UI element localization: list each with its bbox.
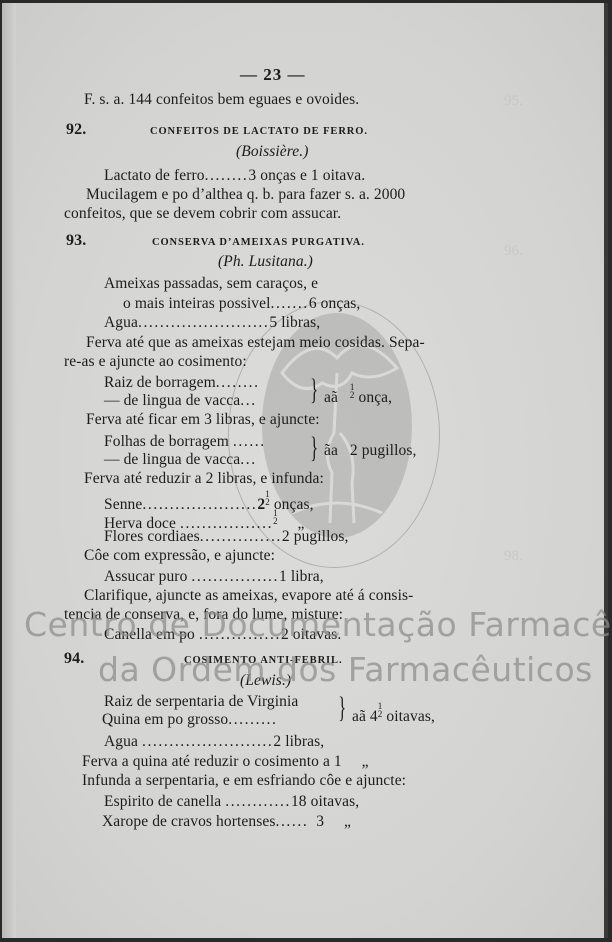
recipe-author: (Boissière.) (236, 143, 309, 161)
ingredient-line: Flores cordiaes...............2 pugillos… (104, 528, 348, 546)
ingredient-line: o mais inteiras possivel.......6 onças, (123, 295, 360, 313)
quantity: aã 412 oitavas, (352, 702, 435, 726)
ingredient-line: Quina em po grosso......... (102, 711, 278, 729)
text-line: confeitos, que se devem cobrir com assuc… (64, 205, 341, 223)
text-line: Ferva até ficar em 3 libras, e ajuncte: (86, 411, 320, 429)
bleed-through-text: 96. (504, 243, 523, 260)
recipe-title: CONFEITOS DE LACTATO DE FERRO. (150, 126, 368, 137)
ingredient-line: Lactato de ferro........3 onças e 1 oita… (104, 167, 365, 185)
ingredient-line: — de lingua de vacca... (104, 451, 257, 469)
bleed-through-text: 95. (504, 93, 523, 110)
ingredient-line: Assucar puro ................1 libra, (104, 568, 324, 586)
page-number: — 23 — (240, 65, 306, 85)
recipe-number: 92. (66, 121, 86, 139)
recipe-number: 94. (64, 650, 84, 668)
grouping-brace: } (338, 693, 346, 723)
text-line: F. s. a. 144 confeitos bem eguaes e ovoi… (84, 91, 359, 109)
grouping-brace: } (310, 433, 318, 463)
grouping-brace: } (310, 375, 318, 405)
quantity: ãa 2 pugillos, (324, 442, 416, 460)
fraction: 12 (350, 383, 355, 399)
scanned-page: 95. 96. 98. — 23 — F. s. a. 144 confeito… (2, 3, 608, 938)
fraction: 12 (265, 490, 270, 506)
ingredient-line: Raiz de borragem........ (104, 374, 260, 392)
watermark-line-1: Centro de Documentação Farmacêutica (24, 605, 612, 644)
recipe-number: 93. (66, 232, 86, 250)
watermark-line-2: da Ordem dos Farmacêuticos (98, 650, 593, 689)
ingredient-line: Raiz de serpentaria de Virginia (104, 693, 298, 711)
recipe-author: (Ph. Lusitana.) (218, 253, 313, 271)
page-edge (604, 3, 608, 938)
ingredient-line: Xarope de cravos hortenses...... 3 „ (102, 813, 351, 831)
quantity: aã 12 onça, (324, 383, 392, 407)
text-line: Clarifique, ajuncte as ameixas, evapore … (84, 587, 413, 605)
ingredient-line: Agua ........................2 libras, (104, 733, 324, 751)
text-line: Mucilagem e po d’althea q. b. para fazer… (86, 186, 405, 204)
fraction: 12 (378, 702, 383, 718)
text-line: Ferva até que as ameixas estejam meio co… (86, 334, 425, 352)
bleed-through-text: 98. (504, 548, 523, 565)
ingredient-line: Folhas de borragem ...... (104, 433, 266, 451)
text-line: Infunda a serpentaria, e em esfriando cô… (82, 772, 406, 790)
text-line: Ferva a quina até reduzir o cosimento a … (82, 753, 369, 771)
page-gutter-shadow (2, 3, 16, 938)
ingredient-line: Espirito de canella ............18 oitav… (104, 793, 359, 811)
text-line: Côe com expressão, e ajuncte: (84, 547, 275, 565)
ingredient-line: — de lingua de vacca... (104, 392, 257, 410)
text-line: Ferva até reduzir a 2 libras, e infunda: (84, 470, 324, 488)
recipe-title: CONSERVA D’AMEIXAS PURGATIVA. (152, 237, 365, 248)
text-line: re-as e ajuncte ao cosimento: (64, 353, 247, 371)
ingredient-line: Agua........................5 libras, (104, 314, 320, 332)
text-line: Ameixas passadas, sem caraços, e (104, 275, 318, 293)
fraction: 12 (273, 509, 278, 525)
